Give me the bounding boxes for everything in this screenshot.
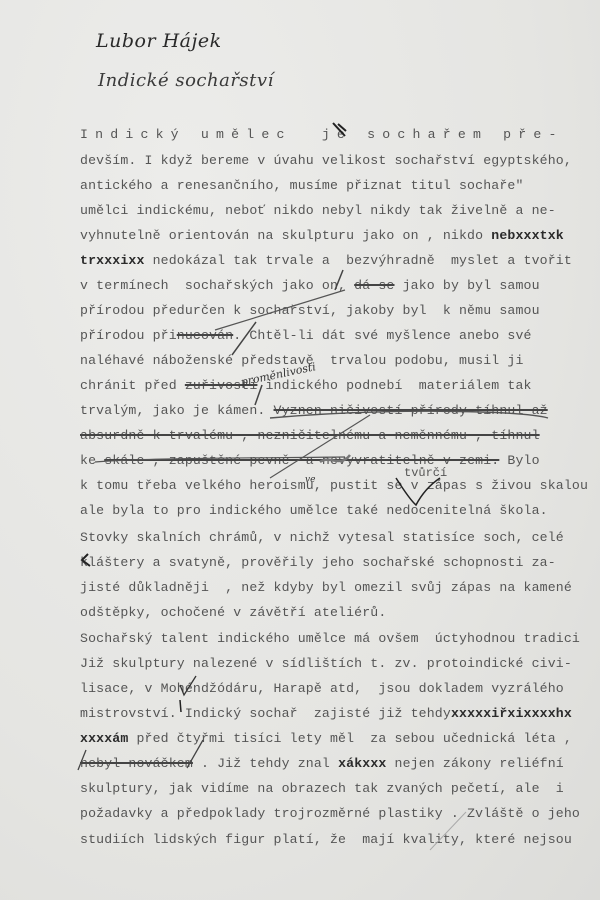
typed-line: ale byla to pro indického umělce také ne… [80,503,548,518]
typed-line: přírodou předurčen k sochařství, jakoby … [80,303,540,318]
typed-line: vyhnutelně orientován na skulpturu jako … [80,228,564,243]
typed-line: kláštery a svatyně, prověřily jeho socha… [80,555,556,570]
typed-line: jisté důkladněji , než kdyby byl omezil … [80,580,572,595]
typed-line: Již skulptury nalezené v sídlištích t. z… [80,656,572,671]
typed-line: odštěpky, ochočené v závětří ateliérů. [80,605,386,620]
typed-line: xxxxám před čtyřmi tisíci lety měl za se… [80,731,572,746]
typed-line: chránit před zuřivosti indického podnebí… [80,378,532,393]
typed-line: k tomu třeba velkého heroismu, pustit se… [80,478,588,493]
typed-line: nebyl nováčkem . Již tehdy znal xákxxx n… [80,756,564,771]
typed-line: Indický umělec je sochařem pře- [80,127,564,142]
typed-line: požadavky a předpoklady trojrozměrné pla… [80,806,580,821]
typed-line: antického a renesančního, musíme přiznat… [80,178,524,193]
typed-line: studiích lidských figur platí, že mají k… [80,832,572,847]
typed-line: trxxxixx nedokázal tak trvale a bezvýhra… [80,253,572,268]
typed-line: skulptury, jak vidíme na obrazech tak zv… [80,781,564,796]
typed-line: přírodou přinucován. Chtěl-li dát své my… [80,328,532,343]
typed-line: devším. I když bereme v úvahu velikost s… [80,153,572,168]
typed-line: v termínech sochařských jako on, dá se j… [80,278,540,293]
typed-line: umělci indickému, neboť nikdo nebyl nikd… [80,203,556,218]
handwritten-title: Indické sochařství [98,70,274,91]
typed-line: Stovky skalních chrámů, v nichž vytesal … [80,530,564,545]
typed-line: absurdně k trvalému , nezničitelnému a n… [80,428,540,443]
typed-insert-tvurci: tvůrčí [404,466,447,480]
handwritten-author: Lubor Hájek [96,30,222,52]
typescript-page: Lubor Hájek Indické sochařství Indický u… [0,0,600,900]
typed-line: ke skále , zapuštěné pevně a nevyvratite… [80,453,540,468]
typed-line: lisace, v Mohéndžódáru, Harapě atd, jsou… [80,681,564,696]
handwritten-insert-ve: ve [305,475,315,485]
typed-line: Sochařský talent indického umělce má ovš… [80,631,580,646]
typed-line: mistrovství. Indický sochař zajisté již … [80,706,572,721]
typed-line: trvalým, jako je kámen. Vyznen ničivostí… [80,403,548,418]
